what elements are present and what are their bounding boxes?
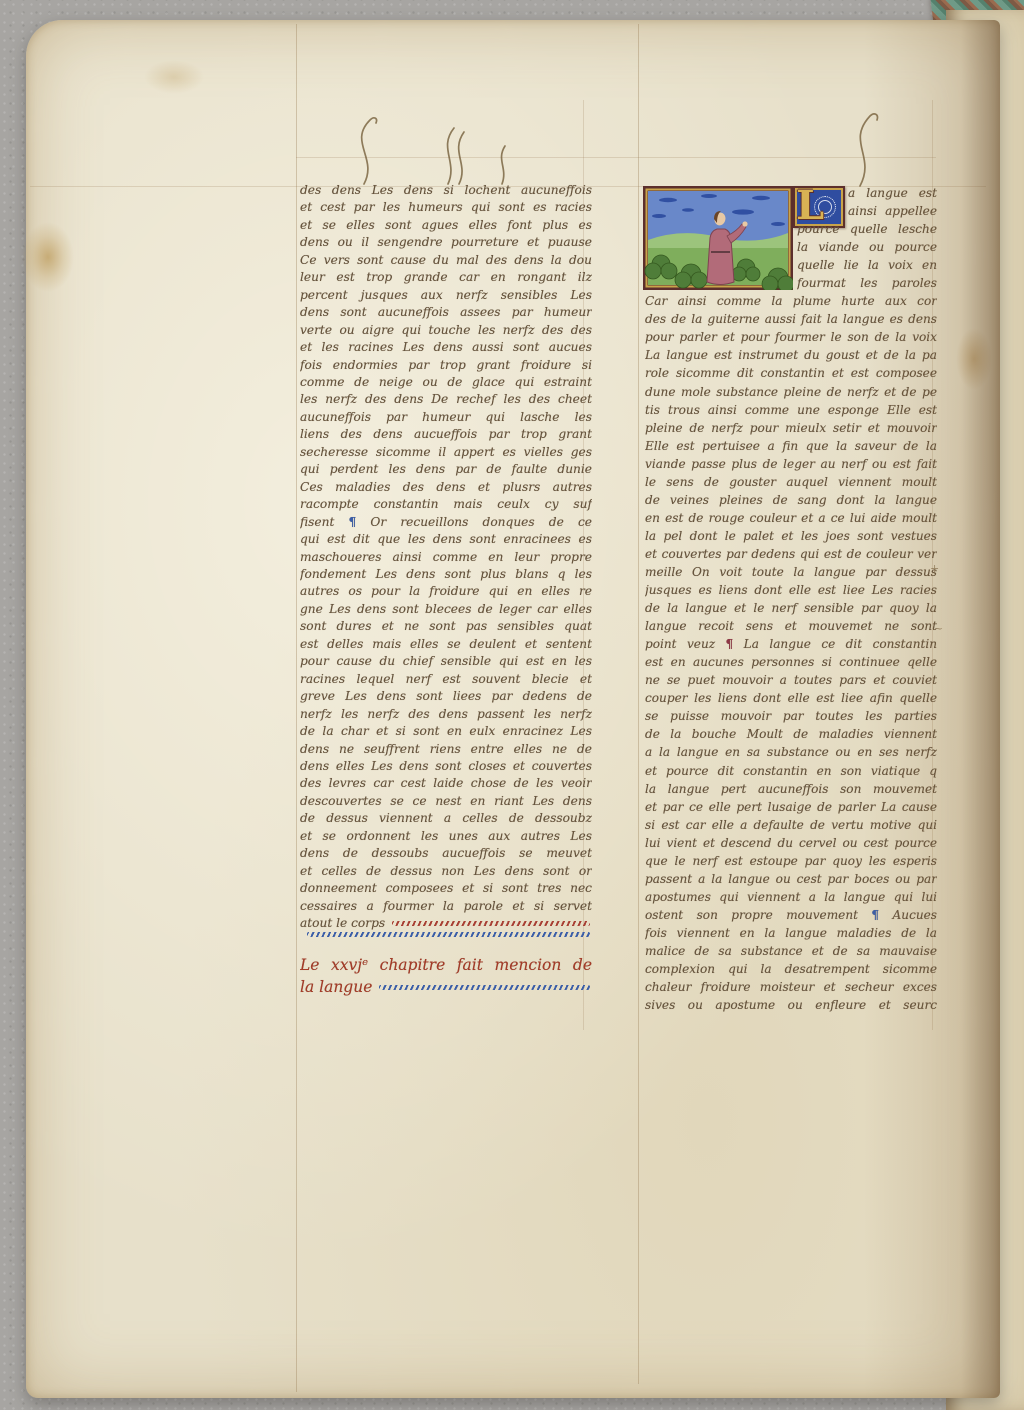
penwork-ascenders xyxy=(330,112,900,190)
text-line: et cest par les humeurs qui sont es raci… xyxy=(300,199,592,216)
text-segment: ostent son propre mouvement xyxy=(645,908,871,922)
text-line: est en aucunes personnes si continuee qe… xyxy=(645,653,937,671)
text-line: la pel dont le palet et les joes sont ve… xyxy=(645,527,937,545)
text-line: cessaires a fourmer la parole et si serv… xyxy=(300,898,592,915)
text-line: a langue est xyxy=(848,184,937,202)
text-line: autres os pour la froidure qui en elles … xyxy=(300,583,592,600)
text-line: comme de neige ou de glace qui estraint xyxy=(300,374,592,391)
text-line: greve Les dens sont liees par dedens de xyxy=(300,688,592,705)
text-segment: fisent xyxy=(300,515,348,529)
text-line: des levres car cest laide chose de les v… xyxy=(300,775,592,792)
text-line: ne se puet mouvoir a toutes pars et couv… xyxy=(645,671,937,689)
text-line: des dens Les dens si lochent aucuneffois xyxy=(300,182,592,199)
text-line: pour parler et pour fourmer le son de la… xyxy=(645,328,937,346)
text-line: a la langue en sa substance ou en ses ne… xyxy=(645,743,937,761)
text-line: chaleur froidure moisteur et secheur exc… xyxy=(645,978,937,996)
text-line: et pource dit constantin en son viatique… xyxy=(645,762,937,780)
manuscript-photo: + ~ xyxy=(0,0,1024,1410)
text-line: dens elles Les dens sont closes et couve… xyxy=(300,758,592,775)
text-line: et se ordonnent les unes aux autres Les xyxy=(300,828,592,845)
text-line: couper les liens dont elle est liee afin… xyxy=(645,689,937,707)
ruling-vertical-left xyxy=(296,24,297,1392)
text-line: de la bouche Moult de maladies viennent xyxy=(645,725,937,743)
text-line: meille On voit toute la langue par dessu… xyxy=(645,563,937,581)
text-line: le sens de gouster auquel viennent moult xyxy=(645,473,937,491)
text-line: les nerfz des dens De rechef les des che… xyxy=(300,391,592,408)
line-filler xyxy=(307,932,590,937)
left-text-column: des dens Les dens si lochent aucuneffois… xyxy=(300,182,592,937)
text-segment: La langue ce dit constantin xyxy=(733,637,937,651)
text-line: de veines pleines de sang dont la langue xyxy=(645,491,937,509)
ruling-vertical-col2-left xyxy=(638,24,639,1384)
text-line: verte ou aigre qui touche les nerfz des … xyxy=(300,322,592,339)
pilcrow-or-colored-text: Le xxvjᵉ chapitre fait mencion de xyxy=(300,956,592,974)
text-line: malice de sa substance et de sa mauvaise xyxy=(645,942,937,960)
text-line: pleine de nerfz pour mieulx setir et mou… xyxy=(645,419,937,437)
text-line: en est de rouge couleur et a ce lui aide… xyxy=(645,509,937,527)
text-line: percent jusques aux nerfz sensibles Les xyxy=(300,287,592,304)
text-line: pource quelle lesche xyxy=(797,220,937,238)
manuscript-page: + ~ xyxy=(26,20,1000,1398)
line-filler xyxy=(392,921,590,926)
text-line: la viande ou pource xyxy=(797,238,937,256)
text-line: Car ainsi comme la plume hurte aux cor xyxy=(645,292,937,310)
text-line: passent a la langue ou cest par boces ou… xyxy=(645,870,937,888)
text-line: Elle est pertuisee a fin que la saveur d… xyxy=(645,437,937,455)
text-line: est delles mais elles se deulent et sent… xyxy=(300,636,592,653)
text-line: ainsi appellee xyxy=(848,202,937,220)
text-line: langue recoit sens et mouvemet ne sont xyxy=(645,617,937,635)
text-line: point veuz ¶ La langue ce dit constantin xyxy=(645,635,937,653)
text-line: Ces maladies des dens et plusrs autres xyxy=(300,479,592,496)
text-line: que le nerf est estoupe par quoy les esp… xyxy=(645,852,937,870)
text-line: fisent ¶ Or recueillons donques de ce xyxy=(300,514,592,531)
text-line: liens des dens aucueffois par trop grant xyxy=(300,426,592,443)
text-line: gne Les dens sont blecees de leger car e… xyxy=(300,601,592,618)
text-line: ostent son propre mouvement ¶ Aucues xyxy=(645,906,937,924)
text-line: leur est trop grande car en rongant ilz xyxy=(300,269,592,286)
text-line: sont dures et ne sont pas sensibles quat xyxy=(300,618,592,635)
text-line: fondement Les dens sont plus blans q les xyxy=(300,566,592,583)
text-line: dens ou il sengendre pourreture et puaus… xyxy=(300,234,592,251)
text-line xyxy=(300,932,592,937)
text-line: des de la guiterne aussi fait la langue … xyxy=(645,310,937,328)
text-segment: Aucues xyxy=(879,908,937,922)
text-line: dens sont aucuneffois assees par humeur xyxy=(300,304,592,321)
line-filler xyxy=(379,985,590,990)
parchment-stain xyxy=(956,328,992,390)
text-segment: atout le corps xyxy=(300,915,385,932)
text-line: La langue est instrumet du goust et de l… xyxy=(645,346,937,364)
text-segment: Or recueillons donques de ce xyxy=(356,515,592,529)
text-line: se puisse mouvoir par toutes les parties xyxy=(645,707,937,725)
text-line: lui vient et descend du cervel ou cest p… xyxy=(645,834,937,852)
text-line: pour cause du chief sensible qui est en … xyxy=(300,653,592,670)
text-segment: point veuz xyxy=(645,637,726,651)
text-line: et couvertes par dedens qui est de coule… xyxy=(645,545,937,563)
text-line: Ce vers sont cause du mal des dens la do… xyxy=(300,252,592,269)
text-line: dens ne seuffrent riens entre elles ne d… xyxy=(300,741,592,758)
right-text-column: a langue estainsi appelleepource quelle … xyxy=(645,184,937,1014)
parchment-stain xyxy=(22,222,74,292)
text-line: secheresse sicomme il appert es vielles … xyxy=(300,444,592,461)
text-line: fois endormies par trop grant froidure s… xyxy=(300,357,592,374)
text-line: apostumes qui viennent a la langue qui l… xyxy=(645,888,937,906)
text-line: et celles de dessus non Les dens sont or xyxy=(300,863,592,880)
text-line: dens de dessoubs aucueffois se meuvet xyxy=(300,845,592,862)
text-line: la langue pert aucuneffois son mouvemet xyxy=(645,780,937,798)
text-line: tis trous ainsi comme une esponge Elle e… xyxy=(645,401,937,419)
pilcrow-or-colored-text: ¶ xyxy=(871,908,879,922)
text-line: et les racines Les dens aussi sont aucue… xyxy=(300,339,592,356)
text-line: et par ce elle pert lusaige de parler La… xyxy=(645,798,937,816)
chapter-rubric: Le xxvjᵉ chapitre fait mencion dela lang… xyxy=(300,954,592,998)
text-line: role sicomme dit constantin et est compo… xyxy=(645,364,937,382)
text-line: de la char et si sont en eulx enracinez … xyxy=(300,723,592,740)
text-line: viande passe plus de leger au nerf ou es… xyxy=(645,455,937,473)
text-line: quelle lie la voix en xyxy=(797,256,937,274)
text-line: fourmat les paroles xyxy=(797,274,937,292)
text-line: racompte constantin mais ceulx cy suf xyxy=(300,496,592,513)
text-line: atout le corps xyxy=(300,915,592,932)
text-line: qui est dit que les dens sont enracinees… xyxy=(300,531,592,548)
text-line: et se elles sont agues elles font plus e… xyxy=(300,217,592,234)
text-line: maschoueres ainsi comme en leur propre xyxy=(300,549,592,566)
text-line: fois viennent en la langue maladies de l… xyxy=(645,924,937,942)
text-line: la langue xyxy=(300,976,592,998)
text-line: complexion qui la desatrempent sicomme xyxy=(645,960,937,978)
text-line: sives ou apostume ou enfleure et seurc xyxy=(645,996,937,1014)
text-line: qui perdent les dens par de faulte dunie xyxy=(300,461,592,478)
text-line: nerfz les nerfz des dens passent les ner… xyxy=(300,706,592,723)
ruling-horizontal-upper xyxy=(296,157,936,158)
text-line: racines lequel nerf est souvent blecie e… xyxy=(300,671,592,688)
text-line: Le xxvjᵉ chapitre fait mencion de xyxy=(300,954,592,976)
text-line: de la langue et le nerf sensible par quo… xyxy=(645,599,937,617)
text-line: aucuneffois par humeur qui lasche les xyxy=(300,409,592,426)
text-line: dune mole substance pleine de nerfz et d… xyxy=(645,383,937,401)
text-line: de dessus viennent a celles de dessoubz xyxy=(300,810,592,827)
text-line: si est car elle a defaulte de vertu moti… xyxy=(645,816,937,834)
text-line: donneement composees et si sont tres nec xyxy=(300,880,592,897)
text-line: jusques es liens dont elle est liee Les … xyxy=(645,581,937,599)
pilcrow-or-colored-text: la langue xyxy=(300,976,372,998)
parchment-stain xyxy=(144,60,204,94)
text-line: descouvertes se ce nest en riant Les den… xyxy=(300,793,592,810)
